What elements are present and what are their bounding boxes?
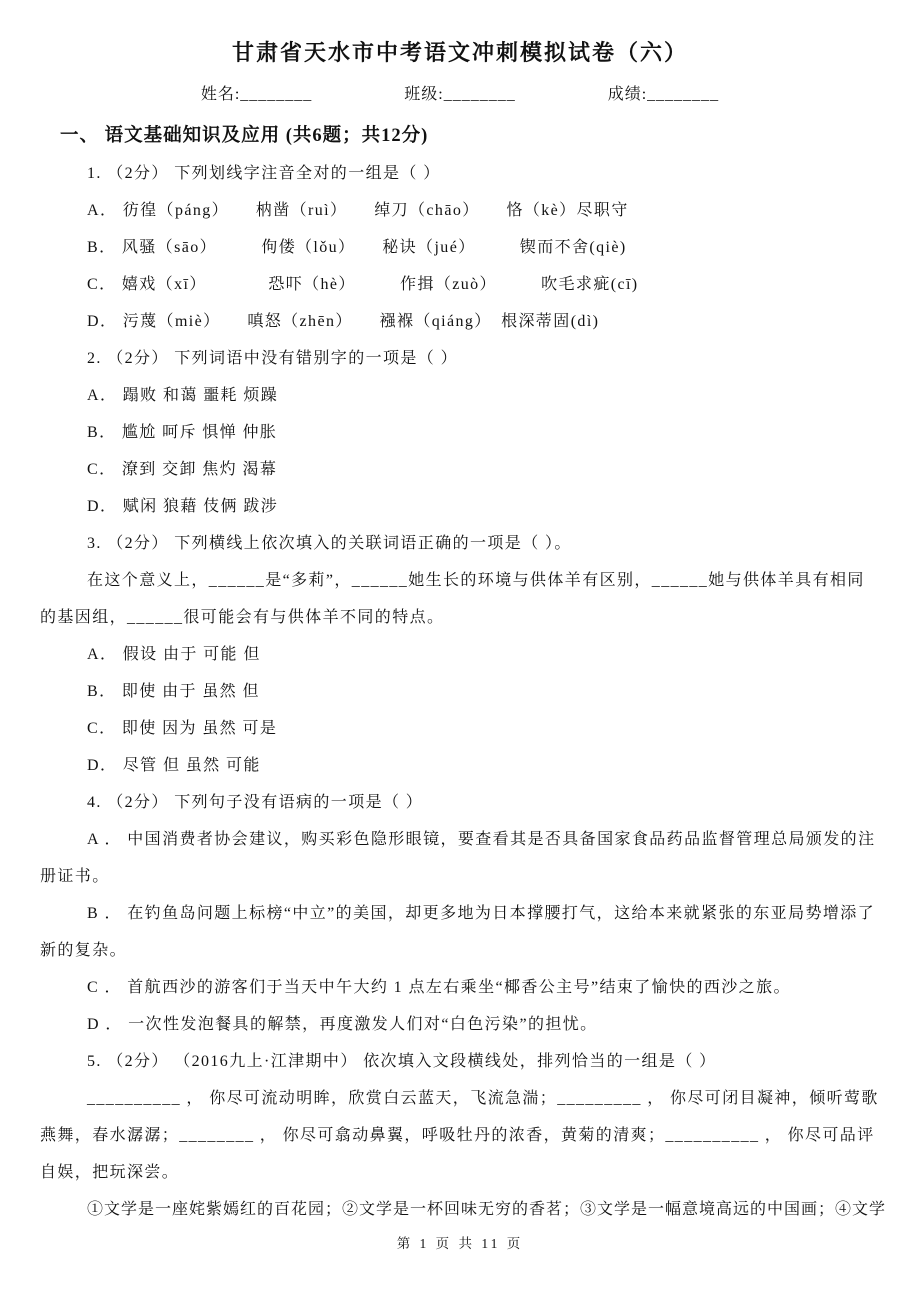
q3-option-b: B． 即使 由于 虽然 但 [40,673,880,710]
section-heading: 一、 语文基础知识及应用 (共6题；共12分) [40,118,880,155]
q1-option-b: B． 风骚（sāo） 佝偻（lǒu） 秘诀（jué） 锲而不舍(qiè) [40,229,880,266]
q3-option-c: C． 即使 因为 虽然 可是 [40,710,880,747]
exam-paper-page: 甘肃省天水市中考语文冲刺模拟试卷（六） 姓名:________班级:______… [0,0,920,1302]
q2-option-a: A． 蹋败 和蔼 噩耗 烦躁 [40,377,880,414]
q5-stem: __________ ， 你尽可流动明眸，欣赏白云蓝天，飞流急湍；_______… [40,1080,880,1191]
q2-option-c: C． 潦到 交卸 焦灼 渴幕 [40,451,880,488]
q3-option-d: D． 尽管 但 虽然 可能 [40,747,880,784]
q3-option-a: A． 假设 由于 可能 但 [40,636,880,673]
question-2: 2. （2分） 下列词语中没有错别字的一项是（ ） [40,340,880,377]
name-field: 姓名:________ [201,82,312,108]
content: 1. （2分） 下列划线字注音全对的一组是（ ）A． 彷徨（páng） 枘凿（r… [40,155,880,1228]
student-info-row: 姓名:________班级:________成绩:________ [40,82,880,108]
q4-option-c: C ． 首航西沙的游客们于当天中午大约 1 点左右乘坐“椰香公主号”结束了愉快的… [40,969,880,1006]
q4-option-a: A ． 中国消费者协会建议，购买彩色隐形眼镜，要查看其是否具备国家食品药品监督管… [40,821,880,895]
question-3: 3. （2分） 下列横线上依次填入的关联词语正确的一项是（ ）。 [40,525,880,562]
q2-option-d: D． 赋闲 狼藉 伎俩 跋涉 [40,488,880,525]
class-field: 班级:________ [404,82,515,108]
question-4: 4. （2分） 下列句子没有语病的一项是（ ） [40,784,880,821]
score-field: 成绩:________ [608,82,719,108]
q1-option-c: C． 嬉戏（xī） 恐吓（hè） 作揖（zuò） 吹毛求疵(cī) [40,266,880,303]
q4-option-d: D ． 一次性发泡餐具的解禁，再度激发人们对“白色污染”的担忧。 [40,1006,880,1043]
q5-note: ①文学是一座姹紫嫣红的百花园；②文学是一杯回味无穷的香茗；③文学是一幅意境高远的… [40,1191,880,1228]
question-1: 1. （2分） 下列划线字注音全对的一组是（ ） [40,155,880,192]
q3-stem: 在这个意义上，______是“多莉”，______她生长的环境与供体羊有区别，_… [40,562,880,636]
q1-option-d: D． 污蔑（miè） 嗔怒（zhēn） 襁褓（qiáng） 根深蒂固(dì) [40,303,880,340]
q1-option-a: A． 彷徨（páng） 枘凿（ruì） 绰刀（chāo） 恪（kè）尽职守 [40,192,880,229]
page-footer: 第 1 页 共 11 页 [40,1230,880,1258]
page-title: 甘肃省天水市中考语文冲刺模拟试卷（六） [40,36,880,70]
q4-option-b: B ． 在钓鱼岛问题上标榜“中立”的美国，却更多地为日本撑腰打气，这给本来就紧张… [40,895,880,969]
q2-option-b: B． 尴尬 呵斥 惧惮 仲胀 [40,414,880,451]
question-5: 5. （2分） （2016九上·江津期中） 依次填入文段横线处，排列恰当的一组是… [40,1043,880,1080]
